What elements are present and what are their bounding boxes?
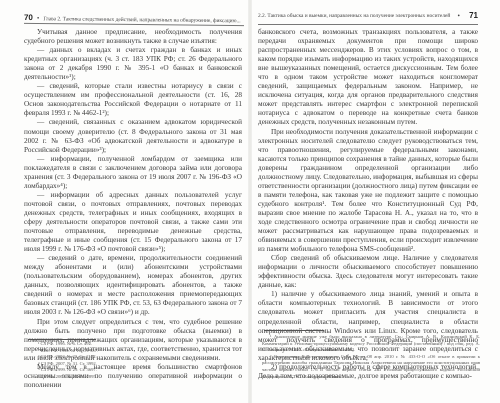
left-footnotes: ¹ СЗ РФ. 1996. № 6. Ст. 492. ² ВВС РФ. 1… (38, 341, 188, 381)
page-number-right: 71 (469, 11, 478, 20)
header-rule (258, 24, 478, 25)
footnote: ¹ Аналогичное мнение уже было высказано … (262, 334, 480, 354)
right-page-body: банковского счета, возможных транзакциях… (258, 28, 478, 381)
running-head-right: 2.2. Тактика обыска и выемки, направленн… (258, 13, 450, 19)
book-spread: 70•Глава 2. Тактика следственных действи… (0, 0, 500, 403)
footnote: ² ВВС РФ. 1993. № 10. Ст. 357. (38, 348, 188, 355)
list-item: — информации об адресных данных пользова… (24, 191, 242, 254)
left-page: 70•Глава 2. Тактика следственных действи… (0, 0, 250, 403)
page-number-left: 70 (24, 13, 33, 22)
paragraph: При необходимости получения доказательст… (258, 128, 478, 255)
footnote-rule (28, 339, 96, 340)
list-item: — сведений, связанных с оказанием адвока… (24, 118, 242, 154)
left-page-body: Учитывая данное предписание, необходимос… (24, 28, 242, 390)
footnote: ⁴ СЗ РФ. 2007. № 31. Ст. 3992. (38, 361, 188, 368)
right-page: 2.2. Тактика обыска и выемки, направленн… (250, 0, 500, 403)
paragraph: банковского счета, возможных транзакциях… (258, 28, 478, 128)
footnote-rule (264, 330, 324, 331)
bullet-icon: • (458, 12, 460, 20)
footnote: ³ СЗ РФ. 2002. № 23. Ст. 2102. (38, 354, 188, 361)
bullet-icon: • (37, 14, 40, 22)
paragraph: Учитывая данное предписание, необходимос… (24, 28, 242, 46)
list-item: — сведений, которые стали известны нотар… (24, 82, 242, 118)
footnote: ⁶ СЗ РФ. 2003. № 28. Ст. 2895. (38, 374, 188, 381)
list-item: — сведений о дате, времени, продолжитель… (24, 254, 242, 317)
footnote: ¹ СЗ РФ. 1996. № 6. Ст. 492. (38, 341, 188, 348)
list-item: — данных о вкладах и счетах граждан в ба… (24, 46, 242, 82)
list-item: — информации, полученной ломбардом от за… (24, 155, 242, 191)
right-running-header: 2.2. Тактика обыска и выемки, направленн… (258, 13, 478, 19)
footnote: ² Определение Конституционного Суда РФ о… (262, 354, 480, 380)
footnote: ⁵ СЗ РФ. 1999. № 29. Ст. 3697. (38, 367, 188, 374)
right-footnotes: ¹ Аналогичное мнение уже было высказано … (262, 334, 480, 380)
paragraph: Сбор сведений об обыскиваемом лице. Нали… (258, 254, 478, 290)
